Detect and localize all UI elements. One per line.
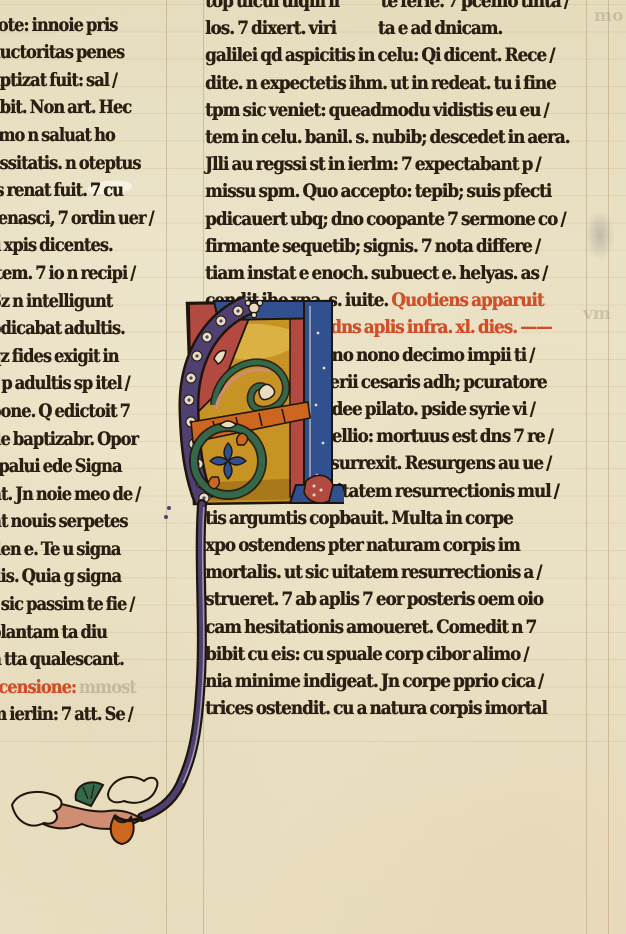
manuscript-page: q drote: innoie prisauctoritas penesapti… (0, 0, 626, 934)
manuscript-text-line: li xpis dicentes. (0, 232, 177, 260)
illuminated-initial-A (184, 300, 344, 504)
manuscript-text-line: firmante sequetib; signis. 7 nota differ… (205, 233, 606, 260)
manuscript-text-line: dite. n expectetis ihm. ut in redeat. tu… (205, 70, 606, 97)
manuscript-text-line: missu spm. Quo accepto: tepib; suis pfec… (205, 178, 606, 205)
manuscript-text-line: galilei qd aspicitis in celu: Qi dicent.… (205, 42, 606, 69)
manuscript-text-line: rote: innoie pris (0, 12, 177, 40)
manuscript-text-line: q d (0, 0, 177, 4)
manuscript-text-line: tem in celu. banil. s. nubib; descedet i… (205, 124, 606, 151)
initial-tail-flourish (12, 504, 204, 844)
manuscript-text-line: top uicul uiqili ilte ferie. 7 pcemo tin… (205, 0, 606, 15)
illuminated-initial-block (8, 293, 344, 885)
ghost-text: vm (583, 304, 611, 324)
manuscript-text-line: aptizat fuit: sal / (0, 67, 177, 95)
manuscript-text-line: Jlli au regssi st in ierlm: 7 expectaban… (205, 151, 606, 178)
manuscript-text-line: tpm sic veniet: queadmodu vidistis eu eu… (205, 97, 606, 124)
manuscript-text-line: renasci, 7 ordin uer / (0, 205, 177, 233)
manuscript-text-line: abit. Non art. Hec (0, 94, 177, 122)
manuscript-text-line: los. 7 dixert. virita e ad dnicam. (205, 15, 606, 42)
vertical-ruling-line (608, 0, 609, 934)
manuscript-text-line: auctoritas penes (0, 39, 177, 67)
manuscript-text-line: is renat fuit. 7 cu (0, 177, 177, 205)
manuscript-text-line: pdicauert ubq; dno coopante 7 sermone co… (205, 206, 606, 233)
manuscript-text-line: smo n saluat ho (0, 122, 177, 150)
manuscript-text-line: item. 7 io n recipi / (0, 260, 177, 288)
manuscript-text-line: tiam instat e enoch. subuect e. helyas. … (205, 260, 606, 287)
ghost-text: mo (594, 6, 623, 26)
manuscript-text-line: essitatis. n oteptus (0, 150, 177, 178)
